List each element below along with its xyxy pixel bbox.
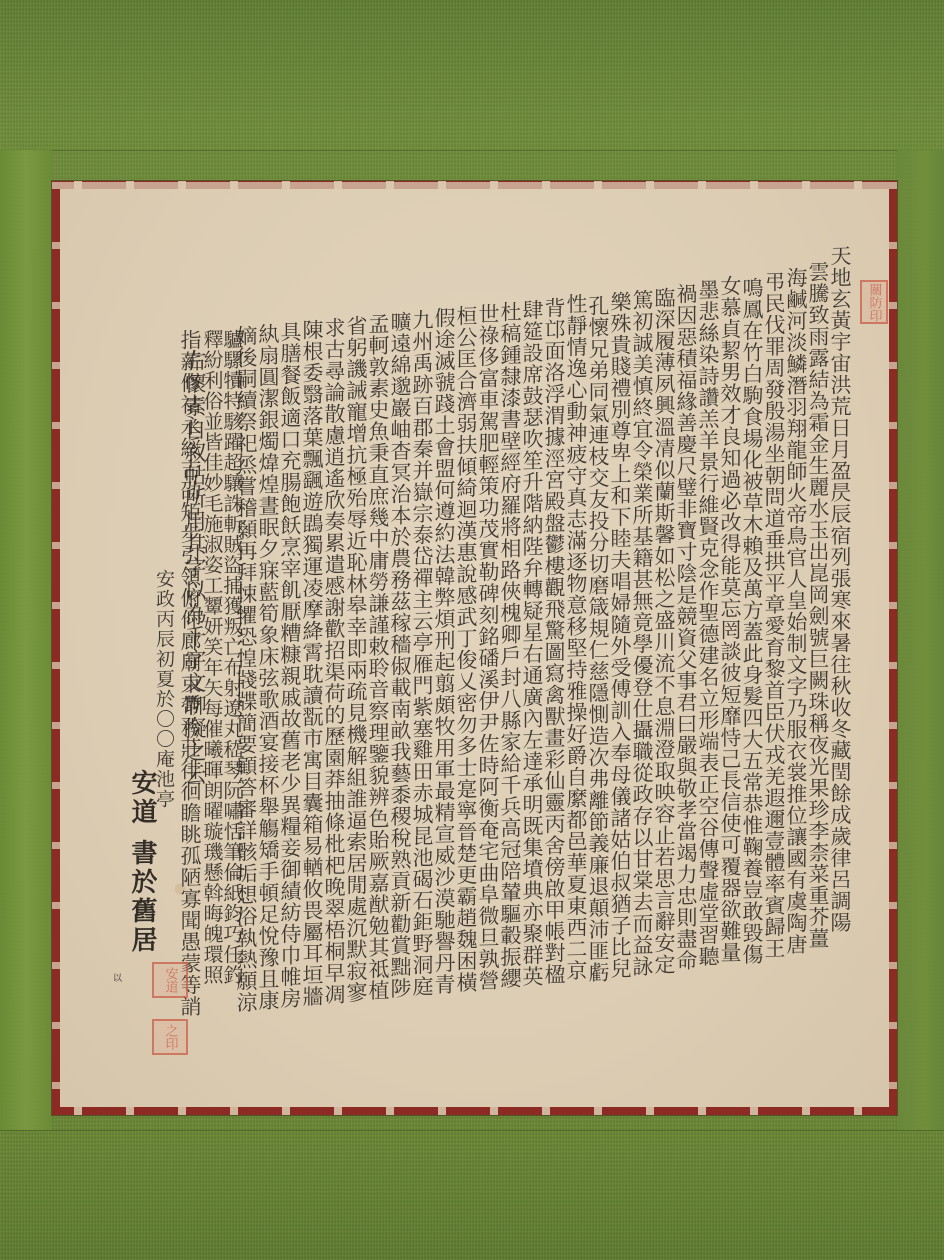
text-column-16: 杜稿鍾隸漆書壁經府羅將相路俠槐卿戶封八縣家給千兵高冠陪輦驅轂振纓 bbox=[498, 301, 522, 989]
text-column-12: 孔懷兄弟同氣連枝交友投分切磨箴規仁慈隱惻造次弗離節義廉退顛沛匪虧 bbox=[586, 295, 610, 983]
mounting-seam-bottom bbox=[0, 1130, 944, 1131]
mounting-side-right bbox=[897, 150, 944, 1130]
text-column-17: 世祿侈富車駕肥輕策功茂實勒碑刻銘磻溪伊尹佐時阿衡奄宅曲阜微旦孰營 bbox=[476, 303, 500, 991]
artist-signature: 安道 書於舊居 bbox=[130, 769, 154, 955]
text-column-26: 具膳餐飯適口充腸飽飫烹宰飢厭糟糠親戚故舊老少異糧妾御績紡侍巾帷房 bbox=[278, 321, 302, 1009]
text-column-5: 鳴鳳在竹白駒食場化被草木賴及萬方蓋此身髮四大五常恭惟鞠養豈敢毀傷 bbox=[740, 277, 764, 965]
text-column-2: 雲騰致雨露結為霜金生麗水玉出崑岡劍號巨闕珠稱夜光果珍李柰菜重芥薑 bbox=[806, 261, 830, 949]
text-column-18: 桓公匡合濟弱扶傾綺迴漢惠說感武丁俊乂密勿多士寔寧晉楚更霸趙魏困橫 bbox=[454, 305, 478, 993]
text-column-15: 肆筵設席鼓瑟吹笙升階納陛弁轉疑星右通廣內左達承明既集墳典亦聚群英 bbox=[520, 299, 544, 987]
seal-signature-lower: 之印 bbox=[152, 1019, 188, 1055]
text-column-10: 篤初誠美慎終宜令榮業所基籍甚無竟學優登仕攝職從政存以甘棠去而益詠 bbox=[630, 289, 654, 977]
mounting-side-left bbox=[0, 150, 52, 1130]
small-ink-mark: 以 bbox=[113, 971, 122, 984]
text-column-9: 臨深履薄夙興溫凊似蘭斯馨如松之盛川流不息淵澄取映容止若思言辭安定 bbox=[652, 287, 676, 975]
text-column-3: 海鹹河淡鱗潛羽翔龍師火帝鳥官人皇始制文字乃服衣裳推位讓國有虞陶唐 bbox=[784, 267, 808, 955]
text-column-8: 禍因惡積福緣善慶尺璧非寶寸陰是競資父事君曰嚴與敬孝當竭力忠則盡命 bbox=[674, 283, 698, 971]
text-column-20: 九州禹跡百郡秦并嶽宗泰岱禪主云亭雁門紫塞雞田赤城昆池碣石鉅野洞庭 bbox=[410, 309, 434, 997]
text-column-27: 紈扇圓潔銀燭煒煌晝眠夕寐藍筍象床弦歌酒宴接杯舉觴矯手頓足悅豫且康 bbox=[256, 323, 280, 1011]
text-column-14: 背邙面洛浮渭據涇宮殿盤鬱樓觀飛驚圖寫禽獸畫彩仙靈丙舍傍啟甲帳對楹 bbox=[542, 297, 566, 985]
mounting-seam-top bbox=[0, 150, 944, 151]
calligraphy-paper: 天地玄黃宇宙洪荒日月盈昃辰宿列張寒來暑往秋收冬藏閏餘成歲律呂調陽 雲騰致雨露結為… bbox=[60, 189, 889, 1107]
text-column-23: 省躬譏誡寵增抗極殆辱近恥林皋幸即兩疏見機解組誰逼索居閒處沉默寂寥 bbox=[344, 315, 368, 1003]
colophon-line-1: 右懷素自叙帖所用其字以為千字文聊擬之云 bbox=[180, 349, 206, 786]
text-column-22: 孟軻敦素史魚秉直庶幾中庸勞謙謹敕聆音察理鑒貌辨色貽厥嘉猷勉其祗植 bbox=[366, 313, 390, 1001]
text-column-24: 求古尋論散慮逍遙欣奏累遣慼謝歡招渠荷的歷園莽抽條枇杷晚翠梧桐早凋 bbox=[322, 317, 346, 1005]
seal-signature-upper: 安道 bbox=[152, 962, 188, 998]
text-column-6: 女慕貞絜男效才良知過必改得能莫忘罔談彼短靡恃己長信使可覆器欲難量 bbox=[718, 275, 742, 963]
text-column-19: 假途滅虢踐土會盟何遵約法韓弊煩刑起翦頗牧用軍最精宣威沙漠馳譽丹青 bbox=[432, 307, 456, 995]
text-column-21: 曠遠綿邈巖岫杳冥治本於農務茲稼穡俶載南畝我藝黍稷稅熟貢新勸賞黜陟 bbox=[388, 311, 412, 999]
text-column-25: 陳根委翳落葉飄颻遊鵾獨運凌摩絳霄耽讀翫市寓目囊箱易輶攸畏屬耳垣牆 bbox=[300, 319, 324, 1007]
text-column-1: 天地玄黃宇宙洪荒日月盈昃辰宿列張寒來暑往秋收冬藏閏餘成歲律呂調陽 bbox=[828, 245, 852, 933]
text-column-4: 弔民伐罪周發殷湯坐朝問道垂拱平章愛育黎首臣伏戎羌遐邇壹體率賓歸王 bbox=[762, 271, 786, 959]
text-column-11: 樂殊貴賤禮別尊卑上和下睦夫唱婦隨外受傅訓入奉母儀諸姑伯叔猶子比兒 bbox=[608, 291, 632, 979]
seal-top-right: 關防印 bbox=[860, 280, 888, 324]
text-column-13: 性靜情逸心動神疲守真志滿逐物意移堅持雅操好爵自縻都邑華夏東西二京 bbox=[564, 293, 588, 981]
text-column-7: 墨悲絲染詩讚羔羊景行維賢克念作聖德建名立形端表正空谷傳聲虛堂習聽 bbox=[696, 279, 720, 967]
